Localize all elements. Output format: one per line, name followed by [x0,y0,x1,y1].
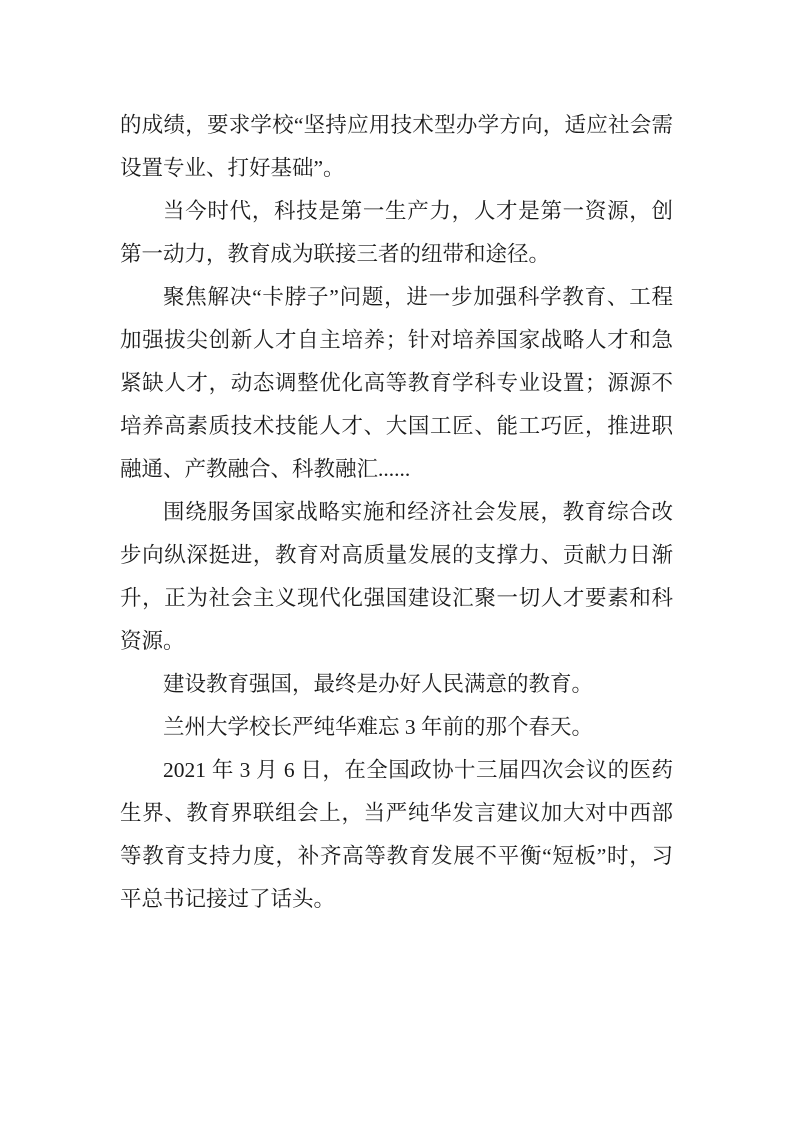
document-page: 的成绩，要求学校“坚持应用技术型办学方向，适应社会需要 设置专业、打好基础”。 … [0,0,793,1122]
text-line: 围绕服务国家战略实施和经济社会发展，教育综合改革稳 [120,491,673,534]
text-line: 资源。 [120,620,673,663]
text-line: 聚焦解决“卡脖子”问题，进一步加强科学教育、工程教育， [120,276,673,319]
text-line: 步向纵深挺进，教育对高质量发展的支撑力、贡献力日渐提 [120,534,673,577]
text-line: 融通、产教融合、科教融汇...... [120,448,673,491]
paragraph: 的成绩，要求学校“坚持应用技术型办学方向，适应社会需要 设置专业、打好基础”。 [120,104,673,190]
text-line: 生界、教育界联组会上，当严纯华发言建议加大对中西部高 [120,792,673,835]
text-line: 培养高素质技术技能人才、大国工匠、能工巧匠，推进职普 [120,405,673,448]
paragraph: 围绕服务国家战略实施和经济社会发展，教育综合改革稳 步向纵深挺进，教育对高质量发… [120,491,673,663]
text-line: 平总书记接过了话头。 [120,878,673,921]
paragraph: 聚焦解决“卡脖子”问题，进一步加强科学教育、工程教育， 加强拔尖创新人才自主培养… [120,276,673,491]
text-line: 加强拔尖创新人才自主培养；针对培养国家战略人才和急需 [120,319,673,362]
text-line: 第一动力，教育成为联接三者的纽带和途径。 [120,233,673,276]
text-line: 紧缺人才，动态调整优化高等教育学科专业设置；源源不断 [120,362,673,405]
paragraph: 建设教育强国，最终是办好人民满意的教育。 [120,663,673,706]
paragraph: 2021 年 3 月 6 日，在全国政协十三届四次会议的医药卫 生界、教育界联组… [120,749,673,921]
text-line: 建设教育强国，最终是办好人民满意的教育。 [120,663,673,706]
text-line: 2021 年 3 月 6 日，在全国政协十三届四次会议的医药卫 [120,749,673,792]
text-line: 的成绩，要求学校“坚持应用技术型办学方向，适应社会需要 [120,104,673,147]
paragraph: 兰州大学校长严纯华难忘 3 年前的那个春天。 [120,706,673,749]
text-line: 当今时代，科技是第一生产力，人才是第一资源，创新是 [120,190,673,233]
text-line: 兰州大学校长严纯华难忘 3 年前的那个春天。 [120,706,673,749]
text-line: 升，正为社会主义现代化强国建设汇聚一切人才要素和科教 [120,577,673,620]
text-line: 等教育支持力度，补齐高等教育发展不平衡“短板”时，习近 [120,835,673,878]
paragraph: 当今时代，科技是第一生产力，人才是第一资源，创新是 第一动力，教育成为联接三者的… [120,190,673,276]
text-line: 设置专业、打好基础”。 [120,147,673,190]
